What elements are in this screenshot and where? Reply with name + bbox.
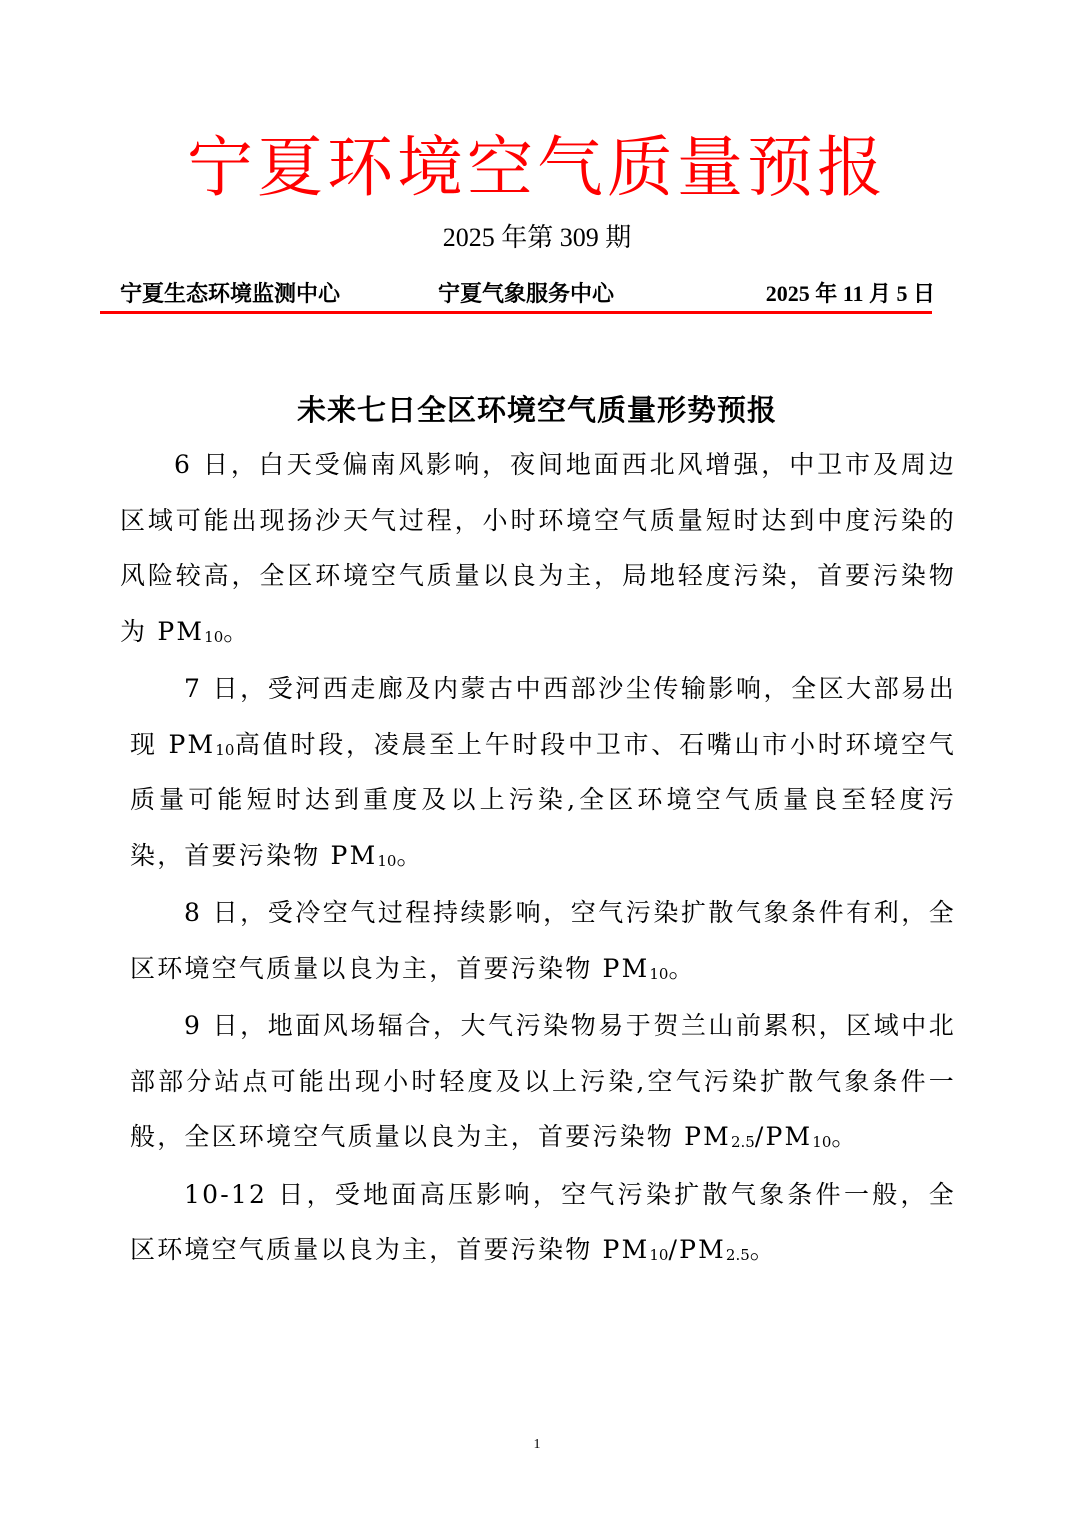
pollutant-subscript: 2.5 <box>731 1133 755 1151</box>
red-divider-rule <box>100 311 932 314</box>
forecast-paragraph-day-6: 6 日，白天受偏南风影响，夜间地面西北风增强，中卫市及周边区域可能出现扬沙天气过… <box>120 437 956 659</box>
forecast-paragraph-day-7: 7 日，受河西走廊及内蒙古中西部沙尘传输影响，全区大部易出现 PM10高值时段，… <box>120 661 956 883</box>
pollutant-subscript: 10 <box>215 741 234 759</box>
page-number: 1 <box>0 1436 1074 1454</box>
document-page: 宁夏环境空气质量预报 2025 年第 309 期 宁夏生态环境监测中心 宁夏气象… <box>0 0 1074 1520</box>
forecast-paragraph-day-9: 9 日，地面风场辐合，大气污染物易于贺兰山前累积，区域中北部部分站点可能出现小时… <box>120 998 956 1165</box>
forecast-paragraph-day-8: 8 日，受冷空气过程持续影响，空气污染扩散气象条件有利，全区环境空气质量以良为主… <box>120 885 956 996</box>
pollutant-subscript: 10 <box>812 1133 831 1151</box>
issuer-meteorological-service-center: 宁夏气象服务中心 <box>438 278 614 310</box>
issue-date: 2025 年 11 月 5 日 <box>766 278 935 310</box>
forecast-paragraph-day-10-12: 10-12 日，受地面高压影响，空气污染扩散气象条件一般，全区环境空气质量以良为… <box>120 1167 956 1278</box>
pollutant-subscript: 10 <box>649 1246 668 1264</box>
forecast-body: 6 日，白天受偏南风影响，夜间地面西北风增强，中卫市及周边区域可能出现扬沙天气过… <box>120 437 956 1278</box>
pollutant-subscript: 10 <box>649 965 668 983</box>
section-title: 未来七日全区环境空气质量形势预报 <box>0 390 1074 430</box>
masthead-title: 宁夏环境空气质量预报 <box>0 128 1074 208</box>
issue-number: 2025 年第 309 期 <box>0 220 1074 256</box>
pollutant-subscript: 2.5 <box>726 1246 750 1264</box>
pollutant-subscript: 10 <box>377 852 396 870</box>
pollutant-subscript: 10 <box>204 628 223 646</box>
issuer-ecology-monitoring-center: 宁夏生态环境监测中心 <box>120 278 340 310</box>
issuer-row: 宁夏生态环境监测中心 宁夏气象服务中心 2025 年 11 月 5 日 <box>120 278 935 310</box>
